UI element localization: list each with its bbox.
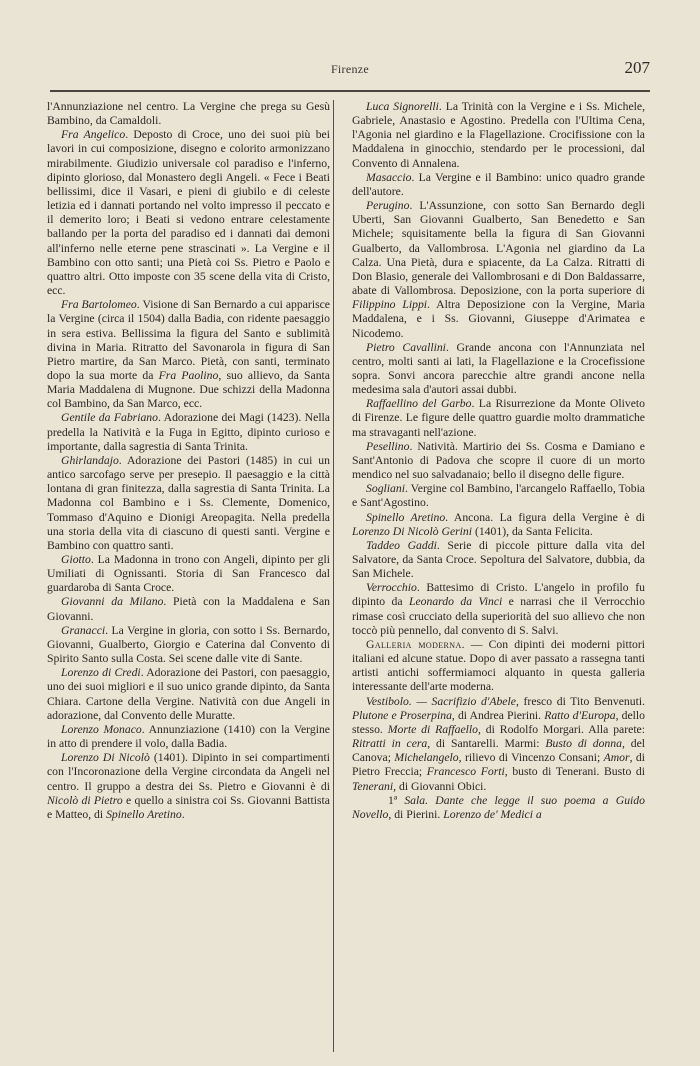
italic-text: Sogliani xyxy=(366,482,405,495)
italic-text: Spinello Aretino xyxy=(366,511,445,524)
italic-text: Morte di Raffaello xyxy=(388,723,478,736)
italic-text: Giovanni da Milano xyxy=(61,595,163,608)
italic-text: Luca Signorelli xyxy=(366,100,439,113)
text: (1401), da Santa Felicita. xyxy=(472,525,593,538)
italic-text: Gentile da Fabriano xyxy=(61,411,158,424)
left-column: l'Annunziazione nel centro. La Vergine c… xyxy=(47,100,330,822)
paragraph: Fra Bartolomeo. Visione di San Bernardo … xyxy=(47,298,330,411)
paragraph: Taddeo Gaddi. Serie di piccole pitture d… xyxy=(352,539,645,581)
italic-text: Pesellino xyxy=(366,440,410,453)
italic-text: Pietro Cavallini xyxy=(366,341,446,354)
text: , rilievo di Vincenzo Consani; xyxy=(459,751,604,764)
italic-text: Fra Angelico xyxy=(61,128,125,141)
text: 1ª xyxy=(388,794,404,807)
italic-text: Lorenzo di Credi xyxy=(61,666,141,679)
paragraph: Luca Signorelli. La Trinità con la Vergi… xyxy=(352,100,645,171)
paragraph: Galleria moderna. — Con dipinti dei mode… xyxy=(352,638,645,695)
italic-text: Raffaellino del Garbo xyxy=(366,397,472,410)
paragraph: Sogliani. Vergine col Bambino, l'arcange… xyxy=(352,482,645,510)
italic-text: Lorenzo de' Medici a xyxy=(443,808,541,821)
paragraph: Pesellino. Natività. Martirio dei Ss. Co… xyxy=(352,440,645,482)
paragraph: Giovanni da Milano. Pietà con la Maddale… xyxy=(47,595,330,623)
text: , di Giovanni Obici. xyxy=(393,780,486,793)
paragraph: Lorenzo Monaco. Annunziazione (1410) con… xyxy=(47,723,330,751)
text: . Ancona. La figura della Vergine è di xyxy=(445,511,645,524)
italic-text: Filippino Lippi xyxy=(352,298,427,311)
italic-text: Tenerani xyxy=(352,780,393,793)
italic-text: Lorenzo Di Nicolò xyxy=(61,751,150,764)
italic-text: Spinello Aretino xyxy=(106,808,182,821)
paragraph: 1ª Sala. Dante che legge il suo poema a … xyxy=(352,794,645,822)
paragraph: Fra Angelico. Deposto di Croce, uno dei … xyxy=(47,128,330,298)
italic-text: Francesco Forti xyxy=(427,765,505,778)
paragraph: Lorenzo di Credi. Adorazione dei Pastori… xyxy=(47,666,330,723)
italic-text: Ratto d'Europa xyxy=(544,709,615,722)
italic-text: Fra Bartolomeo xyxy=(61,298,137,311)
italic-text: Lorenzo Monaco xyxy=(61,723,142,736)
text: , busto di Tenerani. Busto di xyxy=(505,765,645,778)
text: l'Annunziazione nel centro. La Vergine c… xyxy=(47,100,330,127)
paragraph: Pietro Cavallini. Grande ancona con l'An… xyxy=(352,341,645,398)
paragraph: Perugino. L'Assunzione, con sotto San Be… xyxy=(352,199,645,341)
italic-text: Giotto xyxy=(61,553,91,566)
page-header: Firenze 207 xyxy=(50,58,650,82)
section-heading: Galleria moderna xyxy=(366,638,462,651)
text: . xyxy=(182,808,185,821)
text: , di Andrea Pierini. xyxy=(452,709,544,722)
paragraph: Raffaellino del Garbo. La Risurrezione d… xyxy=(352,397,645,439)
paragraph: Granacci. La Vergine in gloria, con sott… xyxy=(47,624,330,666)
italic-text: Verrocchio xyxy=(366,581,417,594)
text: , di Pierini. xyxy=(388,808,443,821)
italic-text: Ritratti in cera xyxy=(352,737,427,750)
italic-text: Michelangelo xyxy=(394,751,458,764)
italic-text: Taddeo Gaddi xyxy=(366,539,437,552)
paragraph: Vestibolo. — Sacrifizio d'Abele, fresco … xyxy=(352,695,645,794)
italic-text: Fra Paolino xyxy=(159,369,219,382)
right-column: Luca Signorelli. La Trinità con la Vergi… xyxy=(352,100,645,822)
text: , fresco di Tito Benvenuti. xyxy=(516,695,645,708)
paragraph: Gentile da Fabriano. Adorazione dei Magi… xyxy=(47,411,330,453)
text: , di Rodolfo Morgari. Alla parete: xyxy=(478,723,645,736)
italic-text: Granacci xyxy=(61,624,105,637)
paragraph: Lorenzo Di Nicolò (1401). Dipinto in sei… xyxy=(47,751,330,822)
italic-text: Nicolò di Pietro xyxy=(47,794,123,807)
paragraph: Spinello Aretino. Ancona. La figura dell… xyxy=(352,511,645,539)
running-title: Firenze xyxy=(50,62,650,77)
text: , di Santarelli. Marmi: xyxy=(427,737,545,750)
header-rule xyxy=(50,90,650,92)
italic-text: Amor xyxy=(604,751,630,764)
italic-text: Leonardo da Vinci xyxy=(409,595,502,608)
paragraph: Giotto. La Madonna in trono con Angeli, … xyxy=(47,553,330,595)
paragraph: Ghirlandajo. Adorazione dei Pastori (148… xyxy=(47,454,330,553)
paragraph: Verrocchio. Battesimo di Cristo. L'angel… xyxy=(352,581,645,638)
text: . Deposto di Croce, uno dei suoi più bei… xyxy=(47,128,330,297)
page-number: 207 xyxy=(625,58,651,78)
text: . L'Assunzione, con sotto San Bernardo d… xyxy=(352,199,645,297)
italic-text: Vestibolo. — Sacrifizio d'Abele xyxy=(366,695,516,708)
italic-text: Ghirlandajo xyxy=(61,454,119,467)
paragraph: l'Annunziazione nel centro. La Vergine c… xyxy=(47,100,330,128)
italic-text: Plutone e Proserpina xyxy=(352,709,452,722)
paragraph: Masaccio. La Vergine e il Bambino: unico… xyxy=(352,171,645,199)
italic-text: Busto di donna xyxy=(545,737,622,750)
italic-text: Perugino xyxy=(366,199,410,212)
italic-text: Lorenzo Di Nicolò Gerini xyxy=(352,525,472,538)
column-divider xyxy=(333,100,334,1052)
text: . Adorazione dei Pastori (1485) in cui u… xyxy=(47,454,330,552)
italic-text: Masaccio xyxy=(366,171,411,184)
